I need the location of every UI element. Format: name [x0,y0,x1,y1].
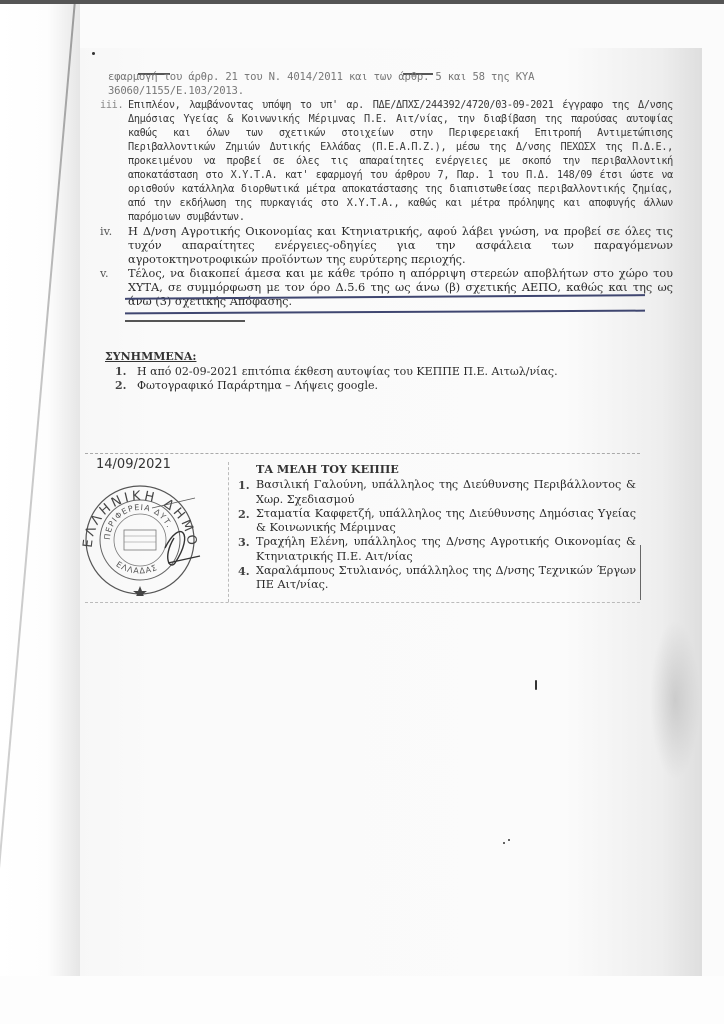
member-text: Σταματία Καφφετζή, υπάλληλος της Διεύθυν… [256,507,636,534]
member-number: 1. [238,478,250,492]
attachments-section: ΣΥΝΗΜΜΕΝΑ: 1.Η από 02-09-2021 επιτόπια έ… [105,350,558,393]
item-iv: iv. Η Δ/νση Αγροτικής Οικονομίας και Κτη… [100,225,673,267]
document-body: εφαρμογή του άρθρ. 21 του Ν. 4014/2011 κ… [108,70,673,309]
pen-underline [125,320,245,322]
members-title: ΤΑ ΜΕΛΗ ΤΟΥ ΚΕΠΠΕ [256,462,636,476]
signature-date: 14/09/2021 [96,457,171,472]
item-text: Η Δ/νση Αγροτικής Οικονομίας και Κτηνιατ… [128,225,673,266]
official-stamp-icon: ΕΛΛΗΝΙΚΗ ΔΗΜΟΚΡΑΤΙΑ ΠΕΡΙΦΕΡΕΙΑ ΔΥΤ. ΕΛΛΑ… [70,478,210,596]
attachment-item: 2.Φωτογραφικό Παράρτημα – Λήψεις google. [105,379,558,393]
member-text: Χαραλάμπους Στυλιανός, υπάλληλος της Δ/ν… [256,564,636,591]
member-text: Τραχήλη Ελένη, υπάλληλος της Δ/νσης Αγρο… [256,535,636,562]
scan-shadow [650,620,700,780]
attachment-number: 1. [115,365,137,379]
attachment-number: 2. [115,379,137,393]
attachment-text: Η από 02-09-2021 επιτόπια έκθεση αυτοψία… [137,365,558,378]
scan-speck [508,839,510,841]
member-number: 4. [238,564,250,578]
item-text: Τέλος, να διακοπεί άμεσα και με κάθε τρό… [128,267,673,308]
continuation-line-2: 36060/1155/Ε.103/2013. [108,84,673,98]
attachment-text: Φωτογραφικό Παράρτημα – Λήψεις google. [137,379,378,392]
signature-box-right-edge [640,545,641,600]
member-item: 1. Βασιλική Γαλούνη, υπάλληλος της Διεύθ… [236,478,636,507]
scan-bottom-margin [0,976,724,1024]
item-v: v. Τέλος, να διακοπεί άμεσα και με κάθε … [100,267,673,309]
member-number: 3. [238,535,250,549]
item-iii: iii. Επιπλέον, λαμβάνοντας υπόψη το υπ' … [100,99,673,225]
member-item: 3. Τραχήλη Ελένη, υπάλληλος της Δ/νσης Α… [236,535,636,564]
signature-box-divider [228,462,229,602]
scan-speck [92,52,95,55]
adjacent-page-edge [0,0,80,1024]
member-text: Βασιλική Γαλούνη, υπάλληλος της Διεύθυνσ… [256,478,636,505]
member-item: 2. Σταματία Καφφετζή, υπάλληλος της Διεύ… [236,507,636,536]
item-number: iv. [100,225,112,239]
attachment-item: 1.Η από 02-09-2021 επιτόπια έκθεση αυτοψ… [105,365,558,379]
member-item: 4. Χαραλάμπους Στυλιανός, υπάλληλος της … [236,564,636,593]
scan-speck [503,842,505,844]
item-number: iii. [100,99,123,113]
item-text: Επιπλέον, λαμβάνοντας υπόψη το υπ' αρ. Π… [128,100,673,223]
item-number: v. [100,267,109,281]
svg-text:ΕΛΛΑΔΑΣ: ΕΛΛΑΔΑΣ [114,560,158,576]
continuation-line-1: εφαρμογή του άρθρ. 21 του Ν. 4014/2011 κ… [108,70,673,84]
attachments-title: ΣΥΝΗΜΜΕΝΑ: [105,350,558,364]
scanner-top-edge [0,0,724,4]
member-number: 2. [238,507,250,521]
scan-speck [535,680,537,690]
committee-members: ΤΑ ΜΕΛΗ ΤΟΥ ΚΕΠΠΕ 1. Βασιλική Γαλούνη, υ… [236,462,636,593]
